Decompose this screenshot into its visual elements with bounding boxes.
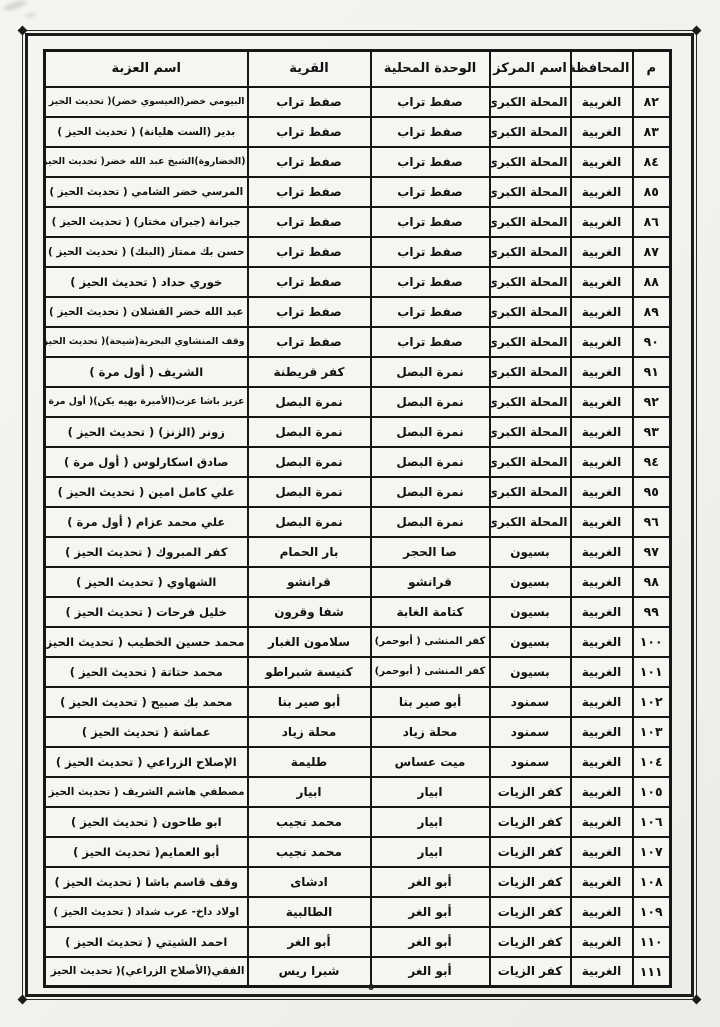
cell-hamlet-name: الإصلاح الزراعي ( تحديث الحيز ) [45,747,248,777]
cell-village: صفط تراب [248,87,371,117]
cell-village: أبو صير بنا [248,687,371,717]
cell-governorate: الغربية [571,297,633,327]
cell-hamlet-name: مصطفي هاشم الشريف ( تحديث الحيز ) [45,777,248,807]
cell-index: ١٠٤ [633,747,671,777]
table-row: ١١٠ الغربية كفر الزيات أبو الغر أبو الغر… [45,927,671,957]
cell-local-unit: صفط تراب [371,327,490,357]
cell-governorate: الغربية [571,237,633,267]
table-row: ٨٧ الغربية المحلة الكبرى صفط تراب صفط تر… [45,237,671,267]
cell-village: كفر قريطنة [248,357,371,387]
cell-governorate: الغربية [571,687,633,717]
cell-village: صفط تراب [248,327,371,357]
cell-index: ١٠٦ [633,807,671,837]
cell-local-unit: كفر المنشى ( أبوحمر) [371,627,490,657]
cell-local-unit: محلة زياد [371,717,490,747]
cell-governorate: الغربية [571,927,633,957]
cell-governorate: الغربية [571,507,633,537]
cell-hamlet-name: بدير (الست هليانة) ( تحديث الحيز ) [45,117,248,147]
cell-village: كنيسة شبراطو [248,657,371,687]
cell-governorate: الغربية [571,207,633,237]
cell-governorate: الغربية [571,837,633,867]
cell-index: ١٠٣ [633,717,671,747]
table-row: ٩٥ الغربية المحلة الكبرى نمرة البصل نمرة… [45,477,671,507]
cell-center-name: سمنود [490,747,571,777]
cell-governorate: الغربية [571,777,633,807]
table-row: ٨٥ الغربية المحلة الكبرى صفط تراب صفط تر… [45,177,671,207]
table-body: ٨٢ الغربية المحلة الكبرى صفط تراب صفط تر… [45,87,671,987]
cell-local-unit: أبو الغر [371,957,490,987]
table-row: ٨٢ الغربية المحلة الكبرى صفط تراب صفط تر… [45,87,671,117]
cell-village: نمرة البصل [248,447,371,477]
cell-governorate: الغربية [571,627,633,657]
cell-governorate: الغربية [571,327,633,357]
table-header: م المحافظة اسم المركز الوحدة المحلية الق… [45,51,671,87]
cell-village: الطالبية [248,897,371,927]
cell-village: أبو الغر [248,927,371,957]
table-row: ١٠٠ الغربية بسيون كفر المنشى ( أبوحمر) س… [45,627,671,657]
cell-governorate: الغربية [571,897,633,927]
cell-center-name: المحلة الكبرى [490,477,571,507]
cell-index: ١٠٠ [633,627,671,657]
cell-center-name: كفر الزيات [490,837,571,867]
cell-hamlet-name: خليل فرحات ( تحديث الحيز ) [45,597,248,627]
header-index: م [633,51,671,87]
table-row: ٩٦ الغربية المحلة الكبرى نمرة البصل نمرة… [45,507,671,537]
table-row: ٨٩ الغربية المحلة الكبرى صفط تراب صفط تر… [45,297,671,327]
cell-index: ٩٢ [633,387,671,417]
cell-hamlet-name: المرسي خضر الشامي ( تحديث الحيز ) [45,177,248,207]
cell-center-name: المحلة الكبرى [490,207,571,237]
cell-governorate: الغربية [571,447,633,477]
table-row: ٩٠ الغربية المحلة الكبرى صفط تراب صفط تر… [45,327,671,357]
cell-center-name: كفر الزيات [490,807,571,837]
cell-village: محمد نجيب [248,837,371,867]
corner-ornament-icon [692,995,702,1005]
cell-index: ٩٤ [633,447,671,477]
cell-index: ٨٣ [633,117,671,147]
cell-index: ٩٣ [633,417,671,447]
cell-index: ٩٦ [633,507,671,537]
cell-index: ٨٩ [633,297,671,327]
cell-hamlet-name: كفر المبروك ( تحديث الحيز ) [45,537,248,567]
table-row: ١٠٢ الغربية سمنود أبو صير بنا أبو صير بن… [45,687,671,717]
cell-village: شفا وقرون [248,597,371,627]
cell-governorate: الغربية [571,477,633,507]
cell-local-unit: نمرة البصل [371,447,490,477]
table-row: ١٠١ الغربية بسيون كفر المنشى ( أبوحمر) ك… [45,657,671,687]
cell-hamlet-name: البيومي خضر(العيسوي خضر)( تحديث الحيز ) [45,87,248,117]
cell-hamlet-name: الشهاوي ( تحديث الحيز ) [45,567,248,597]
page-border-frame: م المحافظة اسم المركز الوحدة المحلية الق… [22,30,697,1000]
cell-village: نمرة البصل [248,507,371,537]
table-row: ١٠٥ الغربية كفر الزيات ابيار ابيار مصطفي… [45,777,671,807]
cell-village: صفط تراب [248,177,371,207]
cell-hamlet-name: عزيز باشا عزت(الأميرة بهيه يكن)( أول مرة… [45,387,248,417]
cell-center-name: المحلة الكبرى [490,117,571,147]
header-hamlet-name: اسم العزبة [45,51,248,87]
cell-local-unit: نمرة البصل [371,417,490,447]
cell-village: صفط تراب [248,207,371,237]
cell-index: ١١٠ [633,927,671,957]
cell-center-name: بسيون [490,627,571,657]
cell-local-unit: صفط تراب [371,87,490,117]
cell-index: ٩٩ [633,597,671,627]
cell-local-unit: ميت عساس [371,747,490,777]
cell-index: ٨٧ [633,237,671,267]
cell-index: ١٠٩ [633,897,671,927]
cell-center-name: المحلة الكبرى [490,387,571,417]
cell-local-unit: صفط تراب [371,207,490,237]
table-row: ٩٧ الغربية بسيون صا الحجر بار الحمام كفر… [45,537,671,567]
cell-hamlet-name: صادق اسكارلوس ( أول مرة ) [45,447,248,477]
cell-local-unit: كتامة الغابة [371,597,490,627]
cell-index: ٩١ [633,357,671,387]
cell-center-name: كفر الزيات [490,957,571,987]
cell-index: ١١١ [633,957,671,987]
cell-hamlet-name: جبرانة (جبران مختار) ( تحديث الحيز ) [45,207,248,237]
cell-local-unit: أبو الغر [371,867,490,897]
cell-village: محلة زياد [248,717,371,747]
cell-index: ٨٦ [633,207,671,237]
table-row: ١٠٦ الغربية كفر الزيات ابيار محمد نجيب ا… [45,807,671,837]
table-row: ٨٣ الغربية المحلة الكبرى صفط تراب صفط تر… [45,117,671,147]
cell-center-name: المحلة الكبرى [490,147,571,177]
cell-local-unit: ابيار [371,777,490,807]
cell-village: صفط تراب [248,117,371,147]
cell-local-unit: نمرة البصل [371,387,490,417]
cell-hamlet-name: وقف المنشاوي البحرية(شيحة)( تحديث الحيز … [45,327,248,357]
cell-index: ١٠١ [633,657,671,687]
table-row: ٩٢ الغربية المحلة الكبرى نمرة البصل نمرة… [45,387,671,417]
cell-hamlet-name: الفقي(الأصلاح الزراعي)( تحديث الحيز ) [45,957,248,987]
cell-governorate: الغربية [571,957,633,987]
cell-center-name: المحلة الكبرى [490,177,571,207]
cell-center-name: سمنود [490,687,571,717]
cell-center-name: كفر الزيات [490,867,571,897]
cell-index: ٨٤ [633,147,671,177]
table-row: ٨٦ الغربية المحلة الكبرى صفط تراب صفط تر… [45,207,671,237]
cell-governorate: الغربية [571,267,633,297]
cell-local-unit: ابيار [371,807,490,837]
cell-governorate: الغربية [571,417,633,447]
cell-hamlet-name: محمد بك صبيح ( تحديث الحيز ) [45,687,248,717]
cell-local-unit: قرانشو [371,567,490,597]
table-row: ٨٤ الغربية المحلة الكبرى صفط تراب صفط تر… [45,147,671,177]
cell-center-name: المحلة الكبرى [490,297,571,327]
table-row: ١٠٩ الغربية كفر الزيات أبو الغر الطالبية… [45,897,671,927]
cell-local-unit: نمرة البصل [371,507,490,537]
cell-governorate: الغربية [571,747,633,777]
table-row: ١٠٨ الغربية كفر الزيات أبو الغر ادشاى وق… [45,867,671,897]
table-row: ٩٤ الغربية المحلة الكبرى نمرة البصل نمرة… [45,447,671,477]
cell-hamlet-name: احمد الشيتي ( تحديث الحيز ) [45,927,248,957]
cell-village: ابيار [248,777,371,807]
cell-local-unit: نمرة البصل [371,357,490,387]
cell-index: ٨٢ [633,87,671,117]
cell-index: ١٠٥ [633,777,671,807]
cell-center-name: المحلة الكبرى [490,417,571,447]
cell-hamlet-name: عبد الله خضر القشلان ( تحديث الحيز ) [45,297,248,327]
cell-hamlet-name: ابو طاحون ( تحديث الحيز ) [45,807,248,837]
cell-village: صفط تراب [248,147,371,177]
cell-local-unit: صفط تراب [371,147,490,177]
cell-center-name: بسيون [490,537,571,567]
cell-governorate: الغربية [571,537,633,567]
cell-village: سلامون الغبار [248,627,371,657]
cell-governorate: الغربية [571,147,633,177]
hamlets-registry-table: م المحافظة اسم المركز الوحدة المحلية الق… [43,49,672,988]
table-row: ١٠٧ الغربية كفر الزيات ابيار محمد نجيب أ… [45,837,671,867]
cell-governorate: الغربية [571,87,633,117]
cell-center-name: كفر الزيات [490,897,571,927]
scanned-page: م المحافظة اسم المركز الوحدة المحلية الق… [0,0,720,1027]
cell-village: نمرة البصل [248,417,371,447]
cell-governorate: الغربية [571,387,633,417]
cell-center-name: كفر الزيات [490,927,571,957]
cell-village: صفط تراب [248,297,371,327]
table-row: ٩٨ الغربية بسيون قرانشو قرانشو الشهاوي (… [45,567,671,597]
table-row: ١٠٤ الغربية سمنود ميت عساس طليمة الإصلاح… [45,747,671,777]
cell-center-name: بسيون [490,597,571,627]
cell-index: ١٠٢ [633,687,671,717]
cell-village: صفط تراب [248,237,371,267]
table-row: ١٠٣ الغربية سمنود محلة زياد محلة زياد عم… [45,717,671,747]
cell-center-name: بسيون [490,657,571,687]
cell-hamlet-name: أبو العمايم( تحديث الحيز ) [45,837,248,867]
header-village: القرية [248,51,371,87]
cell-local-unit: صا الحجر [371,537,490,567]
table-row: ٩٩ الغربية بسيون كتامة الغابة شفا وقرون … [45,597,671,627]
cell-governorate: الغربية [571,567,633,597]
cell-hamlet-name: الشريف ( أول مرة ) [45,357,248,387]
table-row: ٩١ الغربية المحلة الكبرى نمرة البصل كفر … [45,357,671,387]
cell-village: طليمة [248,747,371,777]
cell-local-unit: أبو صير بنا [371,687,490,717]
cell-village: قرانشو [248,567,371,597]
cell-local-unit: أبو الغر [371,927,490,957]
cell-center-name: المحلة الكبرى [490,357,571,387]
cell-hamlet-name: وقف قاسم باشا ( تحديث الحيز ) [45,867,248,897]
header-row: م المحافظة اسم المركز الوحدة المحلية الق… [45,51,671,87]
cell-center-name: المحلة الكبرى [490,327,571,357]
cell-governorate: الغربية [571,657,633,687]
cell-governorate: الغربية [571,807,633,837]
cell-index: ١٠٧ [633,837,671,867]
cell-index: ٩٧ [633,537,671,567]
cell-hamlet-name: محمد حتاتة ( تحديث الحيز ) [45,657,248,687]
cell-hamlet-name: اولاد داخ- عرب شداد ( تحديث الحيز ) [45,897,248,927]
cell-index: ٨٥ [633,177,671,207]
scan-smudge [25,12,37,18]
cell-village: محمد نجيب [248,807,371,837]
cell-local-unit: كفر المنشى ( أبوحمر) [371,657,490,687]
cell-hamlet-name: زونر (الزنز) ( تحديث الحيز ) [45,417,248,447]
cell-center-name: المحلة الكبرى [490,447,571,477]
cell-local-unit: صفط تراب [371,177,490,207]
cell-local-unit: صفط تراب [371,237,490,267]
cell-local-unit: صفط تراب [371,297,490,327]
cell-center-name: المحلة الكبرى [490,507,571,537]
cell-local-unit: صفط تراب [371,267,490,297]
cell-village: نمرة البصل [248,387,371,417]
table-row: ١١١ الغربية كفر الزيات أبو الغر شبرا ريس… [45,957,671,987]
cell-index: ٩٨ [633,567,671,597]
cell-village: شبرا ريس [248,957,371,987]
cell-hamlet-name: حسن بك ممتاز (البنك) ( تحديث الحيز ) [45,237,248,267]
cell-hamlet-name: محمد حسين الخطيب ( تحديث الحيز ) [45,627,248,657]
cell-governorate: الغربية [571,117,633,147]
cell-governorate: الغربية [571,597,633,627]
scan-smudge [3,0,28,13]
cell-center-name: المحلة الكبرى [490,267,571,297]
cell-index: ٨٨ [633,267,671,297]
cell-center-name: بسيون [490,567,571,597]
cell-village: ادشاى [248,867,371,897]
table-row: ٩٣ الغربية المحلة الكبرى نمرة البصل نمرة… [45,417,671,447]
cell-center-name: المحلة الكبرى [490,87,571,117]
cell-village: بار الحمام [248,537,371,567]
cell-village: نمرة البصل [248,477,371,507]
cell-center-name: كفر الزيات [490,777,571,807]
cell-governorate: الغربية [571,867,633,897]
cell-hamlet-name: علي كامل امين ( تحديث الحيز ) [45,477,248,507]
cell-local-unit: صفط تراب [371,117,490,147]
cell-index: ١٠٨ [633,867,671,897]
cell-local-unit: ابيار [371,837,490,867]
header-local-unit: الوحدة المحلية [371,51,490,87]
header-center-name: اسم المركز [490,51,571,87]
cell-hamlet-name: علي محمد عزام ( أول مرة ) [45,507,248,537]
cell-index: ٩٥ [633,477,671,507]
cell-local-unit: أبو الغر [371,897,490,927]
cell-hamlet-name: (الخضاروة)الشيخ عبد الله خضر( تحديث الحي… [45,147,248,177]
cell-local-unit: نمرة البصل [371,477,490,507]
cell-governorate: الغربية [571,177,633,207]
page-number: ٥ [359,982,383,993]
table-row: ٨٨ الغربية المحلة الكبرى صفط تراب صفط تر… [45,267,671,297]
cell-center-name: سمنود [490,717,571,747]
header-governorate: المحافظة [571,51,633,87]
cell-index: ٩٠ [633,327,671,357]
cell-hamlet-name: خوري حداد ( تحديث الحيز ) [45,267,248,297]
cell-center-name: المحلة الكبرى [490,237,571,267]
cell-hamlet-name: عماشة ( تحديث الحيز ) [45,717,248,747]
cell-governorate: الغربية [571,357,633,387]
cell-village: صفط تراب [248,267,371,297]
cell-governorate: الغربية [571,717,633,747]
